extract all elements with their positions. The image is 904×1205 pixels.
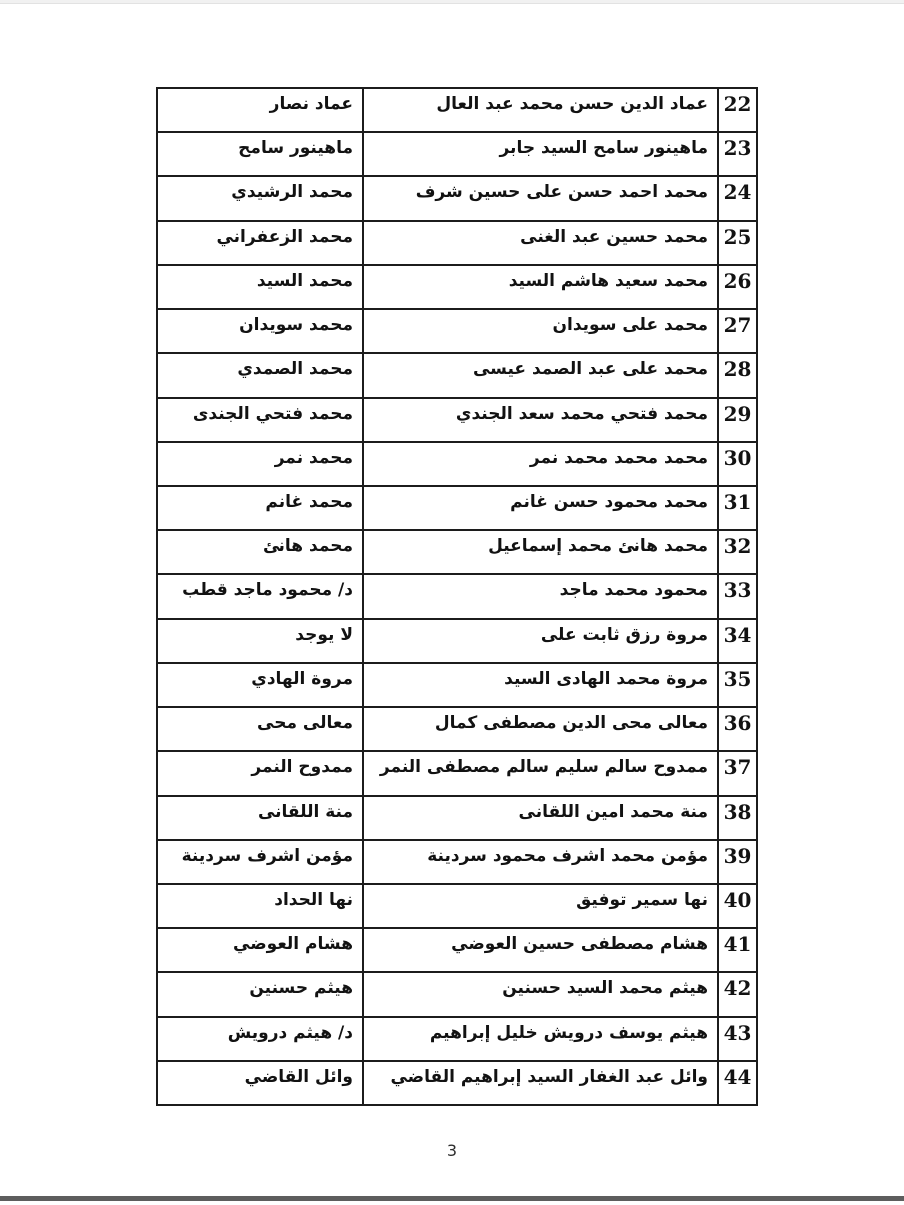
short-name-cell: لا يوجد — [158, 620, 364, 662]
row-number-cell: 27 — [719, 310, 756, 352]
row-number-cell: 44 — [719, 1062, 756, 1104]
full-name-cell: مروة محمد الهادى السيد — [364, 664, 719, 706]
full-name-cell: محمد على سويدان — [364, 310, 719, 352]
short-name-cell: ممدوح النمر — [158, 752, 364, 794]
short-name-cell: ماهينور سامح — [158, 133, 364, 175]
table-row: محمد الرشيديمحمد احمد حسن على حسين شرف24 — [158, 177, 756, 221]
short-name-cell: معالى محى — [158, 708, 364, 750]
full-name-cell: نها سمير توفيق — [364, 885, 719, 927]
table-row: محمد سويدانمحمد على سويدان27 — [158, 310, 756, 354]
row-number-cell: 32 — [719, 531, 756, 573]
full-name-cell: محمد فتحي محمد سعد الجندي — [364, 399, 719, 441]
table-row: ماهينور سامحماهينور سامح السيد جابر23 — [158, 133, 756, 177]
full-name-cell: محمد احمد حسن على حسين شرف — [364, 177, 719, 219]
full-name-cell: محمد محمد محمد نمر — [364, 443, 719, 485]
table-row: هشام العوضيهشام مصطفى حسين العوضي41 — [158, 929, 756, 973]
full-name-cell: وائل عبد الغفار السيد إبراهيم القاضي — [364, 1062, 719, 1104]
scan-bottom-edge — [0, 1196, 904, 1201]
table-row: نها الحدادنها سمير توفيق40 — [158, 885, 756, 929]
full-name-cell: ممدوح سالم سليم سالم مصطفى النمر — [364, 752, 719, 794]
table-row: معالى محىمعالى محى الدين مصطفى كمال36 — [158, 708, 756, 752]
scan-top-edge — [0, 0, 904, 4]
short-name-cell: عماد نصار — [158, 89, 364, 131]
table-row: هيثم حسنينهيثم محمد السيد حسنين42 — [158, 973, 756, 1017]
full-name-cell: مروة رزق ثابت على — [364, 620, 719, 662]
table-row: محمد الزعفرانيمحمد حسين عبد الغنى25 — [158, 222, 756, 266]
short-name-cell: محمد غانم — [158, 487, 364, 529]
row-number-cell: 34 — [719, 620, 756, 662]
row-number-cell: 25 — [719, 222, 756, 264]
table-row: وائل القاضيوائل عبد الغفار السيد إبراهيم… — [158, 1062, 756, 1104]
row-number-cell: 29 — [719, 399, 756, 441]
row-number-cell: 40 — [719, 885, 756, 927]
table-row: محمد الصمديمحمد على عبد الصمد عيسى28 — [158, 354, 756, 398]
short-name-cell: منة اللقانى — [158, 797, 364, 839]
full-name-cell: محمد هانئ محمد إسماعيل — [364, 531, 719, 573]
table-row: محمد السيدمحمد سعيد هاشم السيد26 — [158, 266, 756, 310]
short-name-cell: هيثم حسنين — [158, 973, 364, 1015]
full-name-cell: منة محمد امين اللقانى — [364, 797, 719, 839]
full-name-cell: ماهينور سامح السيد جابر — [364, 133, 719, 175]
row-number-cell: 36 — [719, 708, 756, 750]
short-name-cell: وائل القاضي — [158, 1062, 364, 1104]
table-row: منة اللقانىمنة محمد امين اللقانى38 — [158, 797, 756, 841]
row-number-cell: 28 — [719, 354, 756, 396]
short-name-cell: محمد السيد — [158, 266, 364, 308]
row-number-cell: 22 — [719, 89, 756, 131]
full-name-cell: محمد حسين عبد الغنى — [364, 222, 719, 264]
table-row: د/ هيثم درويشهيثم يوسف درويش خليل إبراهي… — [158, 1018, 756, 1062]
short-name-cell: محمد فتحي الجندى — [158, 399, 364, 441]
row-number-cell: 39 — [719, 841, 756, 883]
full-name-cell: محمد سعيد هاشم السيد — [364, 266, 719, 308]
full-name-cell: محمود محمد ماجد — [364, 575, 719, 617]
full-name-cell: هشام مصطفى حسين العوضي — [364, 929, 719, 971]
table-row: عماد نصارعماد الدين حسن محمد عبد العال22 — [158, 89, 756, 133]
row-number-cell: 30 — [719, 443, 756, 485]
table-row: محمد نمرمحمد محمد محمد نمر30 — [158, 443, 756, 487]
row-number-cell: 35 — [719, 664, 756, 706]
short-name-cell: نها الحداد — [158, 885, 364, 927]
row-number-cell: 42 — [719, 973, 756, 1015]
table-row: مروة الهاديمروة محمد الهادى السيد35 — [158, 664, 756, 708]
row-number-cell: 41 — [719, 929, 756, 971]
table-row: مؤمن اشرف سردينةمؤمن محمد اشرف محمود سرد… — [158, 841, 756, 885]
page-number: 3 — [0, 1141, 904, 1160]
table-row: ممدوح النمرممدوح سالم سليم سالم مصطفى ال… — [158, 752, 756, 796]
short-name-cell: محمد الصمدي — [158, 354, 364, 396]
short-name-cell: محمد الزعفراني — [158, 222, 364, 264]
row-number-cell: 43 — [719, 1018, 756, 1060]
row-number-cell: 38 — [719, 797, 756, 839]
short-name-cell: مؤمن اشرف سردينة — [158, 841, 364, 883]
full-name-cell: معالى محى الدين مصطفى كمال — [364, 708, 719, 750]
row-number-cell: 31 — [719, 487, 756, 529]
row-number-cell: 37 — [719, 752, 756, 794]
short-name-cell: محمد الرشيدي — [158, 177, 364, 219]
names-table: عماد نصارعماد الدين حسن محمد عبد العال22… — [156, 87, 758, 1106]
table-row: محمد غانممحمد محمود حسن غانم31 — [158, 487, 756, 531]
full-name-cell: هيثم يوسف درويش خليل إبراهيم — [364, 1018, 719, 1060]
short-name-cell: محمد سويدان — [158, 310, 364, 352]
short-name-cell: محمد نمر — [158, 443, 364, 485]
full-name-cell: محمد على عبد الصمد عيسى — [364, 354, 719, 396]
full-name-cell: عماد الدين حسن محمد عبد العال — [364, 89, 719, 131]
full-name-cell: محمد محمود حسن غانم — [364, 487, 719, 529]
short-name-cell: هشام العوضي — [158, 929, 364, 971]
short-name-cell: د/ هيثم درويش — [158, 1018, 364, 1060]
row-number-cell: 33 — [719, 575, 756, 617]
full-name-cell: مؤمن محمد اشرف محمود سردينة — [364, 841, 719, 883]
short-name-cell: محمد هانئ — [158, 531, 364, 573]
full-name-cell: هيثم محمد السيد حسنين — [364, 973, 719, 1015]
table-row: د/ محمود ماجد قطبمحمود محمد ماجد33 — [158, 575, 756, 619]
short-name-cell: د/ محمود ماجد قطب — [158, 575, 364, 617]
row-number-cell: 26 — [719, 266, 756, 308]
short-name-cell: مروة الهادي — [158, 664, 364, 706]
table-row: محمد هانئمحمد هانئ محمد إسماعيل32 — [158, 531, 756, 575]
row-number-cell: 24 — [719, 177, 756, 219]
row-number-cell: 23 — [719, 133, 756, 175]
table-row: محمد فتحي الجندىمحمد فتحي محمد سعد الجند… — [158, 399, 756, 443]
table-row: لا يوجدمروة رزق ثابت على34 — [158, 620, 756, 664]
